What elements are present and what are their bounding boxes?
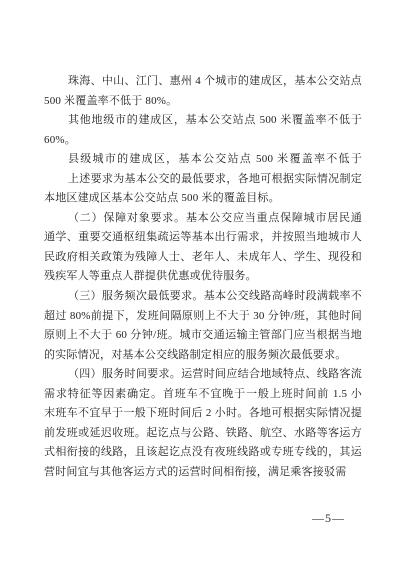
text-line: （二）保障对象要求。基本公交应当重点保障城市居民通勤、 <box>44 209 362 229</box>
text-line: 本地区建成区基本公交站点 500 米的覆盖目标。 <box>44 189 362 209</box>
text-line: 的实际情况，对基本公交线路制定相应的服务频次最低要求。 <box>44 346 362 366</box>
document-page: 珠海、中山、江门、惠州 4 个城市的建成区，基本公交站点 500 米覆盖率不低于… <box>0 0 400 565</box>
text-line: 县级城市的建成区，基本公交站点 500 米覆盖率不低于 50%。 <box>44 150 362 170</box>
body-text: 珠海、中山、江门、惠州 4 个城市的建成区，基本公交站点 500 米覆盖率不低于… <box>44 72 362 482</box>
text-line: 60%。 <box>44 131 362 151</box>
text-line: 上述要求为基本公交的最低要求，各地可根据实际情况制定 <box>44 170 362 190</box>
text-line: 需求特征等因素确定。首班车不宜晚于一般上班时间前 1.5 小时， <box>44 385 362 405</box>
text-line: （三）服务频次最低要求。基本公交线路高峰时段满载率不 <box>44 287 362 307</box>
text-line: （四）服务时间要求。运营时间应结合地域特点、线路客流 <box>44 365 362 385</box>
text-line: 营时间宜与其他客运方式的运营时间相衔接，满足乘客接驳需 <box>44 463 362 483</box>
text-line: 其他地级市的建成区，基本公交站点 500 米覆盖率不低于 <box>44 111 362 131</box>
text-line: 残疾军人等重点人群提供优惠或优待服务。 <box>44 267 362 287</box>
text-line: 前发班或延迟收班。起讫点与公路、铁路、航空、水路等客运方 <box>44 424 362 444</box>
text-line: 民政府相关政策为残障人士、老年人、未成年人、学生、现役和 <box>44 248 362 268</box>
text-line: 珠海、中山、江门、惠州 4 个城市的建成区，基本公交站点 <box>44 72 362 92</box>
text-line: 超过 80%前提下，发班间隔原则上不大于 30 分钟/班，其他时间 <box>44 307 362 327</box>
text-line: 500 米覆盖率不低于 80%。 <box>44 92 362 112</box>
text-line: 末班车不宜早于一般下班时间后 2 小时。各地可根据实际情况提 <box>44 404 362 424</box>
text-line: 通学、重要交通枢纽集疏运等基本出行需求，并按照当地城市人 <box>44 228 362 248</box>
text-line: 式相衔接的线路，且该起讫点没有夜班线路或专班专线的，其运 <box>44 443 362 463</box>
text-line: 原则上不大于 60 分钟/班。城市交通运输主管部门应当根据当地 <box>44 326 362 346</box>
page-number: —5— <box>312 511 345 525</box>
